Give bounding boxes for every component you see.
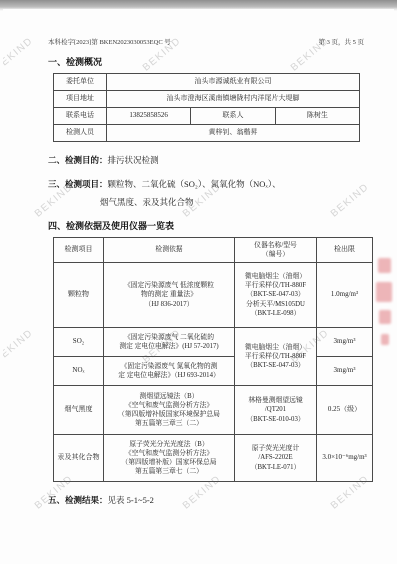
- overview-contact-label: 联系人: [191, 108, 275, 125]
- methods-basis: 《固定污染源废气 氮氧化物的测 定 定电位电解法》（HJ 693-2014）: [104, 357, 235, 386]
- methods-item: NOₓ: [54, 357, 104, 386]
- methods-item: 烟气黑度: [54, 386, 104, 435]
- methods-instrument: 微电脑烟尘（油烟） 平行采样仪/TH-880F （BKT-SE-047-03） …: [235, 263, 317, 328]
- methods-limit: 0.25（级）: [317, 386, 373, 435]
- section-items-line1: 颗粒物、二氧化硫（SO₂）、氮氧化物（NOₓ）、: [108, 179, 281, 189]
- overview-row-label: 项目地址: [54, 91, 107, 108]
- overview-row-value: 汕头市澄海区溪南镇塘陇村内洋尾片大堤脚: [107, 91, 360, 108]
- section-purpose-label: 二、检测目的：: [48, 155, 108, 165]
- overview-row-label: 检测人员: [54, 125, 107, 142]
- section-title-overview: 一、检测概况: [48, 55, 394, 68]
- methods-header-instrument: 仪器名称/型号 （编号）: [235, 238, 317, 263]
- methods-limit: 3.0×10⁻⁶mg/m³: [317, 435, 373, 482]
- methods-limit: 3mg/m³: [317, 357, 373, 386]
- methods-basis: 原子荧光分光光度法（B） 《空气和废气监测分析方法》 （第四版增补版）国家环保总…: [104, 435, 235, 482]
- table-header-row: 检测项目 检测依据 仪器名称/型号 （编号） 检出限: [54, 238, 373, 263]
- table-row: 委托单位 汕头市源诚纸业有限公司: [54, 74, 360, 91]
- methods-basis: 《固定污染源废气 低浓度颗粒 物的测定 重量法》 （HJ 836-2017）: [104, 263, 235, 328]
- methods-header-limit: 检出限: [317, 238, 373, 263]
- methods-basis: 《固定污染源废气 二氧化硫的 测定 定电位电解法》(HJ 57-2017): [104, 328, 235, 357]
- document-header: 本科检字[2023]第 BKEN2023030053EQC 号 第 3 页，共 …: [48, 37, 364, 46]
- methods-limit: 1.0mg/m³: [317, 263, 373, 328]
- overview-row-value: 汕头市源诚纸业有限公司: [107, 74, 360, 91]
- section-title-methods: 四、检测依据及使用仪器一览表: [48, 219, 394, 232]
- table-row: 联系电话 13825858526 联系人 陈树生: [54, 108, 360, 125]
- methods-item: 颗粒物: [54, 263, 104, 328]
- document-page: BEKINDBEKINDBEKINDBEKINDBEKINDBEKINDBEKI…: [3, 9, 394, 559]
- overview-contact-value: 陈树生: [275, 108, 359, 125]
- section-purpose-text: 排污状况检测: [108, 155, 159, 165]
- methods-table: 检测项目 检测依据 仪器名称/型号 （编号） 检出限 颗粒物 《固定污染源废气 …: [53, 237, 373, 482]
- section-results-label: 五、检测结果：: [48, 495, 108, 505]
- scan-frame: BEKINDBEKINDBEKINDBEKINDBEKINDBEKINDBEKI…: [0, 0, 397, 564]
- overview-row-label: 联系电话: [54, 108, 107, 125]
- table-row: 汞及其化合物 原子荧光分光光度法（B） 《空气和废气监测分析方法》 （第四版增补…: [54, 435, 373, 482]
- methods-basis: 测烟望远镜法（B） 《空气和废气监测分析方法》 （第四版增补版国家环境保护总局 …: [104, 386, 235, 435]
- overview-row-value: 黄梓钊、翁楷昇: [107, 125, 360, 142]
- methods-limit: 3mg/m³: [317, 328, 373, 357]
- section-items: 三、检测项目：颗粒物、二氧化硫（SO₂）、氮氧化物（NOₓ）、: [48, 178, 394, 190]
- section-results-text: 见表 5-1~5-2: [108, 495, 154, 505]
- section-items-line2: 烟气黑度、汞及其化合物: [100, 196, 394, 208]
- table-row: 烟气黑度 测烟望远镜法（B） 《空气和废气监测分析方法》 （第四版增补版国家环境…: [54, 386, 373, 435]
- section-items-label: 三、检测项目：: [48, 179, 108, 189]
- page-content: 本科检字[2023]第 BKEN2023030053EQC 号 第 3 页，共 …: [3, 37, 394, 506]
- table-row: NOₓ 《固定污染源废气 氮氧化物的测 定 定电位电解法》（HJ 693-201…: [54, 357, 373, 386]
- doc-number: 本科检字[2023]第 BKEN2023030053EQC 号: [48, 37, 171, 46]
- methods-item: SO₂: [54, 328, 104, 357]
- table-row: 项目地址 汕头市澄海区溪南镇塘陇村内洋尾片大堤脚: [54, 91, 360, 108]
- table-row: SO₂ 《固定污染源废气 二氧化硫的 测定 定电位电解法》(HJ 57-2017…: [54, 328, 373, 357]
- overview-table: 委托单位 汕头市源诚纸业有限公司 项目地址 汕头市澄海区溪南镇塘陇村内洋尾片大堤…: [53, 73, 360, 142]
- methods-header-item: 检测项目: [54, 238, 104, 263]
- methods-header-basis: 检测依据: [104, 238, 235, 263]
- overview-phone-value: 13825858526: [107, 108, 191, 125]
- methods-instrument: 林格曼测烟望远镜 /QT201 （BKT-SE-010-03）: [235, 386, 317, 435]
- section-purpose: 二、检测目的：排污状况检测: [48, 154, 394, 166]
- table-row: 颗粒物 《固定污染源废气 低浓度颗粒 物的测定 重量法》 （HJ 836-201…: [54, 263, 373, 328]
- section-results: 五、检测结果：见表 5-1~5-2: [48, 494, 394, 506]
- page-number: 第 3 页，共 5 页: [319, 37, 365, 46]
- methods-instrument: 微电脑烟尘（油烟） 平行采样仪/TH-880F （BKT-SE-047-03）: [235, 328, 317, 386]
- methods-instrument: 原子荧光光度计 /AFS-2202E （BKT-LE-071）: [235, 435, 317, 482]
- overview-row-label: 委托单位: [54, 74, 107, 91]
- methods-item: 汞及其化合物: [54, 435, 104, 482]
- table-row: 检测人员 黄梓钊、翁楷昇: [54, 125, 360, 142]
